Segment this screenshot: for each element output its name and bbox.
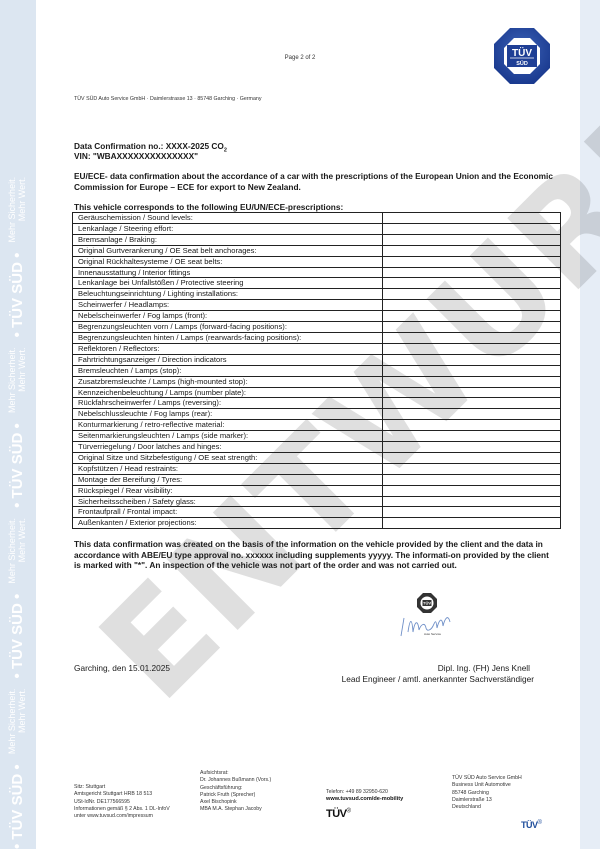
prescription-label: Rückspiegel / Rear visibility:	[73, 485, 383, 496]
table-row: Original Gurtverankerung / OE Seat belt …	[73, 245, 561, 256]
prescription-label: Reflektoren / Reflectors:	[73, 343, 383, 354]
strip-motto: Mehr Sicherheit.Mehr Wert.	[0, 347, 27, 413]
prescription-label: Original Gurtverankerung / OE Seat belt …	[73, 245, 383, 256]
intro-text: EU/ECE- data confirmation about the acco…	[74, 171, 554, 192]
prescription-value	[383, 256, 561, 267]
prescription-value	[383, 452, 561, 463]
prescription-value	[383, 213, 561, 224]
prescription-label: Original Rückhaltesysteme / OE seat belt…	[73, 256, 383, 267]
table-row: Türverriegelung / Door latches and hinge…	[73, 442, 561, 453]
tuv-wordmark-blue-icon: TÜV®	[521, 820, 541, 830]
prescription-value	[383, 474, 561, 485]
table-row: Montage der Bereifung / Tyres:	[73, 474, 561, 485]
prescription-label: Konturmarkierung / retro-reflective mate…	[73, 420, 383, 431]
prescription-value	[383, 485, 561, 496]
footer-legal: Sitz: StuttgartAmtsgericht Stuttgart HRB…	[74, 784, 170, 820]
prescription-label: Montage der Bereifung / Tyres:	[73, 474, 383, 485]
prescription-label: Lenkanlage bei Unfallstößen / Protective…	[73, 278, 383, 289]
footer-board: Aufsichtsrat:Dr. Johannes Bußmann (Vors.…	[200, 770, 271, 814]
prescription-value	[383, 300, 561, 311]
strip-brand: • TÜV SÜD •	[0, 594, 36, 679]
prescription-value	[383, 354, 561, 365]
prescription-label: Rückfahrscheinwerfer / Lamps (reversing)…	[73, 398, 383, 409]
strip-motto: Mehr Sicherheit.Mehr Wert.	[0, 689, 27, 755]
prescription-label: Fahrtrichtungsanzeiger / Direction indic…	[73, 354, 383, 365]
table-row: Nebelschlussleuchte / Fog lamps (rear):	[73, 409, 561, 420]
svg-text:TÜV: TÜV	[512, 46, 532, 59]
strip-brand: • TÜV SÜD •	[0, 423, 36, 508]
prescription-value	[383, 278, 561, 289]
table-row: Innenausstattung / Interior fittings	[73, 267, 561, 278]
table-row: Sicherheitsscheiben / Safety glass:	[73, 496, 561, 507]
prescription-value	[383, 223, 561, 234]
table-row: Nebelscheinwerfer / Fog lamps (front):	[73, 311, 561, 322]
table-row: Original Sitze und Sitzbefestigung / OE …	[73, 452, 561, 463]
prescriptions-table: Geräuschemission / Sound levels:Lenkanla…	[72, 212, 561, 529]
prescription-value	[383, 289, 561, 300]
footer-website-link[interactable]: www.tuvsud.com/de-mobility	[326, 796, 403, 803]
tuv-sud-logo-icon: TÜV SÜD	[492, 26, 552, 86]
footer-company: TÜV SÜD Auto Service GmbHBusiness Unit A…	[452, 775, 522, 811]
prescription-value	[383, 518, 561, 529]
prescription-value	[383, 267, 561, 278]
table-row: Begrenzungsleuchten vorn / Lamps (forwar…	[73, 322, 561, 333]
prescription-value	[383, 245, 561, 256]
table-row: Kopfstützen / Head restraints:	[73, 463, 561, 474]
prescription-label: Bremsanlage / Braking:	[73, 234, 383, 245]
prescription-label: Bremsleuchten / Lamps (stop):	[73, 365, 383, 376]
table-row: Konturmarkierung / retro-reflective mate…	[73, 420, 561, 431]
table-row: Seitenmarkierungsleuchten / Lamps (side …	[73, 431, 561, 442]
table-row: Begrenzungsleuchten hinten / Lamps (rear…	[73, 332, 561, 343]
signature: Auto Service	[398, 608, 460, 638]
prescription-label: Begrenzungsleuchten vorn / Lamps (forwar…	[73, 322, 383, 333]
prescription-label: Beleuchtungseinrichtung / Lighting insta…	[73, 289, 383, 300]
prescription-value	[383, 463, 561, 474]
strip-brand: • TÜV SÜD •	[0, 764, 36, 849]
disclaimer-text: This data confirmation was created on th…	[74, 539, 556, 571]
svg-text:TÜV: TÜV	[423, 601, 431, 606]
table-row: Kennzeichenbeleuchtung / Lamps (number p…	[73, 387, 561, 398]
table-row: Frontaufprall / Frontal impact:	[73, 507, 561, 518]
prescription-label: Kennzeichenbeleuchtung / Lamps (number p…	[73, 387, 383, 398]
prescription-value	[383, 332, 561, 343]
prescription-label: Original Sitze und Sitzbefestigung / OE …	[73, 452, 383, 463]
tuv-wordmark-icon: TÜV®	[326, 808, 350, 820]
prescription-value	[383, 398, 561, 409]
prescription-label: Sicherheitsscheiben / Safety glass:	[73, 496, 383, 507]
prescription-label: Außenkanten / Exterior projections:	[73, 518, 383, 529]
brand-side-strip: • TÜV SÜD • Mehr Sicherheit.Mehr Wert. •…	[0, 0, 36, 849]
prescription-label: Zusatzbremsleuchte / Lamps (high-mounted…	[73, 376, 383, 387]
prescription-value	[383, 507, 561, 518]
prescription-value	[383, 343, 561, 354]
table-row: Lenkanlage bei Unfallstößen / Protective…	[73, 278, 561, 289]
sender-address: TÜV SÜD Auto Service GmbH · Daimlerstras…	[74, 96, 262, 102]
prescription-label: Lenkanlage / Steering effort:	[73, 223, 383, 234]
footer-phone: Telefon: +49 89 32950-620	[326, 789, 403, 796]
prescription-label: Geräuschemission / Sound levels:	[73, 213, 383, 224]
table-row: Bremsanlage / Braking:	[73, 234, 561, 245]
prescription-label: Nebelscheinwerfer / Fog lamps (front):	[73, 311, 383, 322]
vin: VIN: "WBAXXXXXXXXXXXXXX"	[74, 151, 198, 161]
prescription-value	[383, 322, 561, 333]
prescription-label: Seitenmarkierungsleuchten / Lamps (side …	[73, 431, 383, 442]
signer-name: Dipl. Ing. (FH) Jens Knell	[330, 663, 530, 673]
prescription-value	[383, 376, 561, 387]
prescription-label: Nebelschlussleuchte / Fog lamps (rear):	[73, 409, 383, 420]
table-row: Scheinwerfer / Headlamps:	[73, 300, 561, 311]
table-row: Bremsleuchten / Lamps (stop):	[73, 365, 561, 376]
prescription-label: Innenausstattung / Interior fittings	[73, 267, 383, 278]
table-row: Original Rückhaltesysteme / OE seat belt…	[73, 256, 561, 267]
prescription-value	[383, 234, 561, 245]
prescription-value	[383, 409, 561, 420]
place-date: Garching, den 15.01.2025	[74, 663, 170, 673]
strip-brand: • TÜV SÜD •	[0, 253, 36, 338]
prescription-value	[383, 442, 561, 453]
strip-motto: Mehr Sicherheit.Mehr Wert.	[0, 518, 27, 584]
prescription-value	[383, 431, 561, 442]
prescription-label: Kopfstützen / Head restraints:	[73, 463, 383, 474]
table-row: Geräuschemission / Sound levels:	[73, 213, 561, 224]
table-row: Lenkanlage / Steering effort:	[73, 223, 561, 234]
prescription-label: Türverriegelung / Door latches and hinge…	[73, 442, 383, 453]
prescription-value	[383, 311, 561, 322]
table-row: Reflektoren / Reflectors:	[73, 343, 561, 354]
signer-title: Lead Engineer / amtl. anerkannter Sachve…	[300, 674, 534, 684]
table-row: Rückspiegel / Rear visibility:	[73, 485, 561, 496]
prescription-value	[383, 420, 561, 431]
svg-text:SÜD: SÜD	[516, 60, 528, 67]
prescription-value	[383, 365, 561, 376]
brand-strip-text: • TÜV SÜD • Mehr Sicherheit.Mehr Wert. •…	[0, 0, 36, 849]
svg-text:Auto Service: Auto Service	[424, 632, 441, 636]
right-side-strip	[580, 0, 600, 849]
prescription-label: Scheinwerfer / Headlamps:	[73, 300, 383, 311]
prescription-label: Frontaufprall / Frontal impact:	[73, 507, 383, 518]
prescription-label: Begrenzungsleuchten hinten / Lamps (rear…	[73, 332, 383, 343]
table-row: Rückfahrscheinwerfer / Lamps (reversing)…	[73, 398, 561, 409]
table-row: Fahrtrichtungsanzeiger / Direction indic…	[73, 354, 561, 365]
strip-motto: Mehr Sicherheit.Mehr Wert.	[0, 177, 27, 243]
prescription-value	[383, 387, 561, 398]
prescription-value	[383, 496, 561, 507]
footer-contact: Telefon: +49 89 32950-620 www.tuvsud.com…	[326, 789, 403, 804]
table-row: Außenkanten / Exterior projections:	[73, 518, 561, 529]
table-row: Beleuchtungseinrichtung / Lighting insta…	[73, 289, 561, 300]
table-caption: This vehicle corresponds to the followin…	[74, 202, 343, 212]
table-row: Zusatzbremsleuchte / Lamps (high-mounted…	[73, 376, 561, 387]
